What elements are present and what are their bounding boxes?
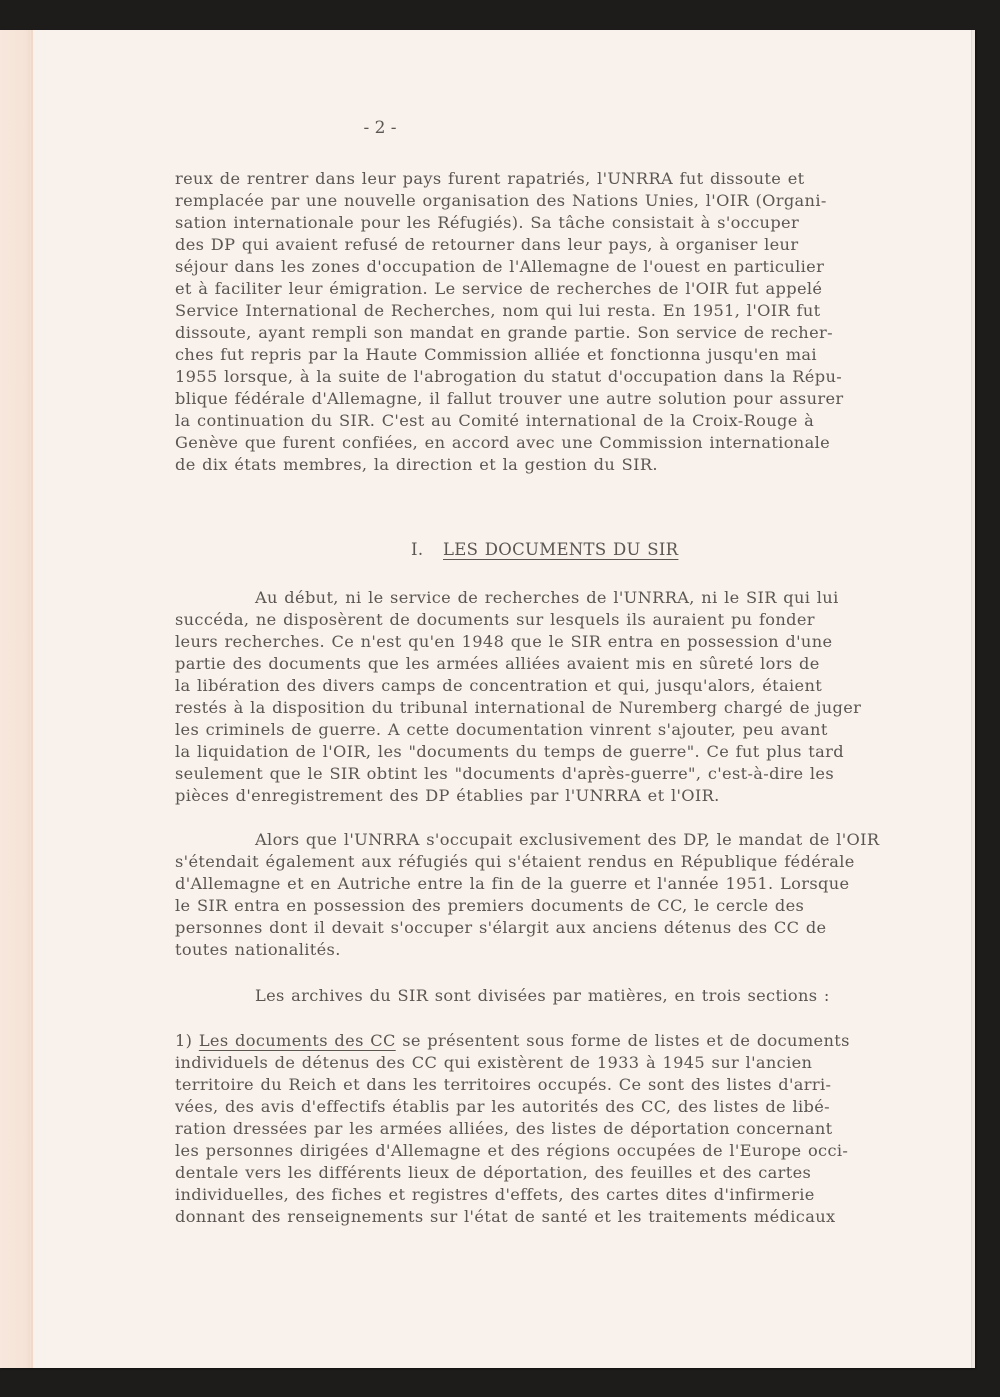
section-title: LES DOCUMENTS DU SIR: [443, 540, 678, 559]
text-line: sation internationale pour les Réfugiés)…: [175, 212, 799, 234]
text-line: pièces d'enregistrement des DP établies …: [175, 785, 720, 807]
page-number: - 2 -: [330, 118, 430, 138]
text-line: individuelles, des fiches et registres d…: [175, 1184, 815, 1206]
text-line: succéda, ne disposèrent de documents sur…: [175, 609, 815, 631]
text-line: Au début, ni le service de recherches de…: [255, 587, 839, 609]
text-line: personnes dont il devait s'occuper s'éla…: [175, 917, 826, 939]
text-line: 1) Les documents des CC se présentent so…: [175, 1030, 850, 1052]
text-line: Service International de Recherches, nom…: [175, 300, 821, 322]
list-marker: 1): [175, 1031, 192, 1050]
text-line: ches fut repris par la Haute Commission …: [175, 344, 817, 366]
text-line: 1955 lorsque, à la suite de l'abrogation…: [175, 366, 842, 388]
text-line: blique fédérale d'Allemagne, il fallut t…: [175, 388, 843, 410]
text-line: reux de rentrer dans leur pays furent ra…: [175, 168, 805, 190]
text-line: partie des documents que les armées alli…: [175, 653, 820, 675]
text-line: Les archives du SIR sont divisées par ma…: [255, 985, 830, 1007]
text-line: seulement que le SIR obtint les "documen…: [175, 763, 834, 785]
section-heading: I. LES DOCUMENTS DU SIR: [411, 540, 678, 559]
text-line: dissoute, ayant rempli son mandat en gra…: [175, 322, 833, 344]
text-line: des DP qui avaient refusé de retourner d…: [175, 234, 798, 256]
text-line: dentale vers les différents lieux de dép…: [175, 1162, 811, 1184]
text-line: d'Allemagne et en Autriche entre la fin …: [175, 873, 849, 895]
text-line: la liquidation de l'OIR, les "documents …: [175, 741, 844, 763]
text-line: la continuation du SIR. C'est au Comité …: [175, 410, 814, 432]
text-line: s'étendait également aux réfugiés qui s'…: [175, 851, 855, 873]
spine-fold-line: [31, 30, 33, 1368]
text-line: territoire du Reich et dans les territoi…: [175, 1074, 831, 1096]
text-line: et à faciliter leur émigration. Le servi…: [175, 278, 822, 300]
text-line: remplacée par une nouvelle organisation …: [175, 190, 827, 212]
text-line: séjour dans les zones d'occupation de l'…: [175, 256, 824, 278]
text-line: restés à la disposition du tribunal inte…: [175, 697, 861, 719]
text-line: la libération des divers camps de concen…: [175, 675, 822, 697]
section-number: I.: [411, 540, 423, 559]
text-line: toutes nationalités.: [175, 939, 341, 961]
page-spine: [0, 30, 32, 1368]
text-line: le SIR entra en possession des premiers …: [175, 895, 804, 917]
text-line: de dix états membres, la direction et la…: [175, 454, 658, 476]
text-line: vées, des avis d'effectifs établis par l…: [175, 1096, 830, 1118]
page-edge: [971, 30, 975, 1368]
list-item-text: se présentent sous forme de listes et de…: [396, 1031, 850, 1050]
text-line: les criminels de guerre. A cette documen…: [175, 719, 828, 741]
document-page: - 2 - reux de rentrer dans leur pays fur…: [0, 30, 975, 1368]
text-line: individuels de détenus des CC qui existè…: [175, 1052, 812, 1074]
text-line: Genève que furent confiées, en accord av…: [175, 432, 830, 454]
text-line: ration dressées par les armées alliées, …: [175, 1118, 833, 1140]
text-line: Alors que l'UNRRA s'occupait exclusiveme…: [255, 829, 879, 851]
list-item-title: Les documents des CC: [199, 1031, 396, 1050]
text-line: leurs recherches. Ce n'est qu'en 1948 qu…: [175, 631, 832, 653]
text-line: donnant des renseignements sur l'état de…: [175, 1206, 835, 1228]
text-line: les personnes dirigées d'Allemagne et de…: [175, 1140, 848, 1162]
